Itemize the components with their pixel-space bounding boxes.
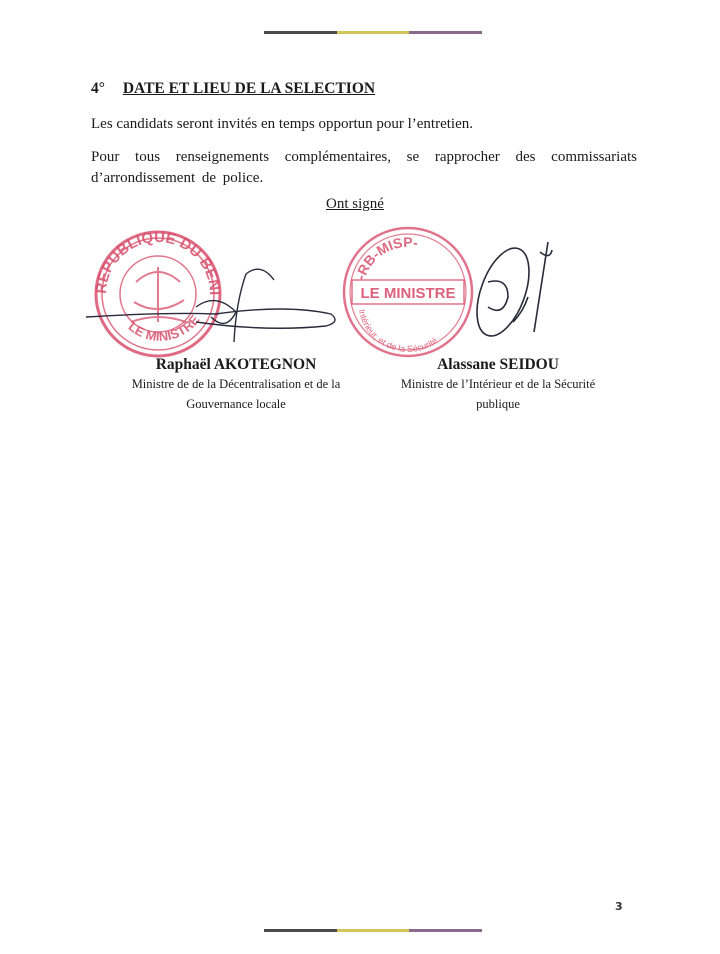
bar-segment-dark bbox=[264, 31, 337, 34]
signed-label: Ont signé bbox=[326, 196, 384, 213]
signatory-role-seidou-line1: Ministre de l’Intérieur et de la Sécurit… bbox=[378, 374, 618, 394]
signatory-role-akotegnon-line2: Gouvernance locale bbox=[86, 394, 386, 414]
page-number: 3 bbox=[615, 900, 623, 913]
paragraph-info: Pour tous renseignements complémentaires… bbox=[91, 147, 637, 189]
bar-segment-yellow bbox=[337, 31, 410, 34]
section-title: DATE ET LIEU DE LA SELECTION bbox=[123, 80, 375, 97]
svg-text:Intérieur, et de la Sécurité: Intérieur, et de la Sécurité bbox=[357, 308, 440, 354]
bar-segment-yellow bbox=[337, 929, 410, 932]
section-heading: 4° DATE ET LIEU DE LA SELECTION bbox=[91, 80, 375, 98]
paragraph-interview: Les candidats seront invités en temps op… bbox=[91, 114, 637, 135]
interior-ministry-stamp: -RB-MISP- Intérieur, et de la Sécurité L… bbox=[338, 222, 578, 362]
signatory-role-seidou-line2: publique bbox=[378, 394, 618, 414]
signatory-role-akotegnon-line1: Ministre de de la Décentralisation et de… bbox=[86, 374, 386, 394]
svg-text:-RB-MISP-: -RB-MISP- bbox=[352, 234, 420, 282]
svg-text:LE MINISTRE: LE MINISTRE bbox=[360, 285, 455, 302]
bar-segment-purple bbox=[409, 31, 482, 34]
section-number: 4° bbox=[91, 80, 105, 97]
signatory-name-akotegnon: Raphaël AKOTEGNON bbox=[86, 356, 386, 374]
signatory-name-seidou: Alassane SEIDOU bbox=[378, 356, 618, 374]
bar-segment-dark bbox=[264, 929, 337, 932]
bottom-tricolor-bar bbox=[264, 929, 482, 932]
benin-republic-stamp: REPUBLIQUE DU BENIN LE MINISTRE bbox=[86, 222, 346, 362]
bar-segment-purple bbox=[409, 929, 482, 932]
top-tricolor-bar bbox=[264, 31, 482, 34]
